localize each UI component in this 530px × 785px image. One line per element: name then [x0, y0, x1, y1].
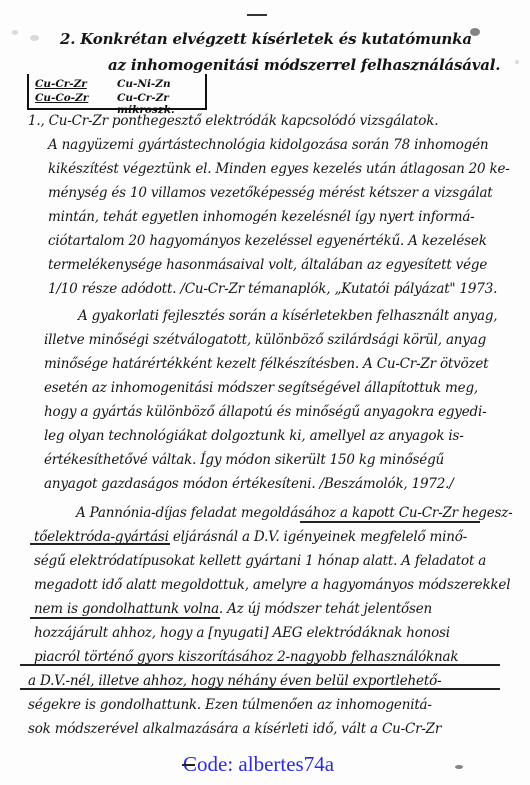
document-title-line-1: 2. Konkrétan elvégzett kísérletek és kut…: [60, 30, 472, 48]
scan-mark: [247, 14, 267, 16]
paragraph-1-line: 1/10 része adódott. /Cu-Cr-Zr témanaplók…: [48, 281, 497, 297]
box-label-left-top: Cu-Cr-Zr: [35, 78, 87, 90]
paragraph-2-line: A gyakorlati fejlesztés során a kísérlet…: [78, 308, 497, 324]
paragraph-2-line: esetén az inhomogenitási módszer segítsé…: [44, 380, 478, 396]
document-title-line-2: az inhomogenitási módszerrel felhasználá…: [108, 56, 500, 74]
paragraph-3-line: sok módszerével alkalmazására a kísérlet…: [28, 721, 441, 737]
handwritten-underline: [300, 521, 480, 523]
paragraph-2-line: minősége határértékként kezelt félkészít…: [44, 356, 488, 372]
paragraph-1-line: mintán, tehát egyetlen inhomogén kezelés…: [48, 209, 475, 225]
paragraph-3-line: ségekre is gondolhattunk. Ezen túlmenően…: [28, 697, 432, 713]
paragraph-3-line: ségű elektródatípusokat kellett gyártani…: [34, 553, 486, 569]
paragraph-2-line: illetve minőségi szétválogatott, különbö…: [44, 332, 486, 348]
paragraph-1-line: termelékenysége hasonmásaival volt, álta…: [48, 257, 487, 273]
paragraph-2-line: értékesíthetővé váltak. Így módon sikerü…: [44, 452, 444, 468]
paragraph-1-line: ciótartalom 20 hagyományos kezeléssel eg…: [48, 233, 487, 249]
paragraph-1-line: kikészítést végeztünk el. Minden egyes k…: [48, 161, 510, 177]
paragraph-1-line: 1., Cu-Cr-Zr ponthegesztő elektródák kap…: [28, 113, 438, 129]
scan-speck: [515, 60, 519, 64]
scan-speck: [455, 765, 463, 769]
paragraph-3-line: megadott idő alatt megoldottuk, amelyre …: [34, 577, 510, 593]
handwritten-underline: [30, 543, 170, 545]
paragraph-3-line: A Pannónia-díjas feladat megoldásához a …: [76, 505, 513, 521]
box-label-left-bottom: Cu-Co-Zr: [35, 92, 88, 104]
paragraph-3-line: nem is gondolhattunk volna. Az új módsze…: [34, 601, 432, 617]
scan-speck: [30, 35, 39, 41]
paragraph-3-line: piacról történő gyors kiszorításához 2-n…: [34, 649, 458, 665]
paragraph-2-line: anyagot gazdaságos módon értékesíteni. /…: [44, 476, 454, 492]
code-label: Code: albertes74a: [183, 752, 334, 777]
scanned-page: 2. Konkrétan elvégzett kísérletek és kut…: [0, 0, 530, 785]
handwritten-underline: [20, 664, 500, 666]
paragraph-2-line: hogy a gyártás különböző állapotú és min…: [44, 404, 486, 420]
scan-speck: [12, 30, 18, 35]
code-strike-mark: [182, 764, 195, 766]
handwritten-underline: [20, 688, 500, 690]
alloy-annotation-box: Cu-Cr-Zr Cu-Co-Zr Cu-Ni-Zn Cu-Cr-Zr mikr…: [27, 74, 207, 110]
paragraph-3-line: a D.V.-nél, illetve ahhoz, hogy néhány é…: [28, 673, 441, 689]
handwritten-underline: [30, 617, 220, 619]
paragraph-1-line: A nagyüzemi gyártástechnológia kidolgozá…: [48, 137, 488, 153]
paragraph-3-line: hozzájárult ahhoz, hogy a [nyugati] AEG …: [34, 625, 450, 641]
paragraph-1-line: ménység és 10 villamos vezetőképesség mé…: [48, 185, 493, 201]
paragraph-2-line: leg olyan technológiákat dolgoztunk ki, …: [44, 428, 464, 444]
box-label-right-top: Cu-Ni-Zn: [117, 78, 171, 90]
